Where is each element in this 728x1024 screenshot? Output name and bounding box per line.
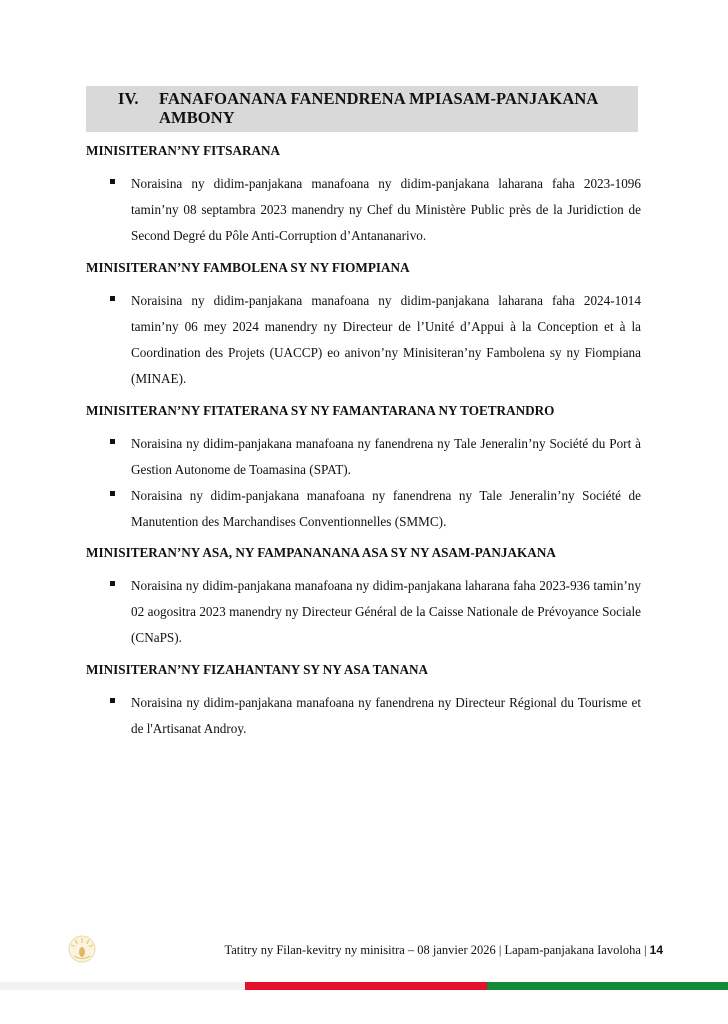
list-item-text: Noraisina ny didim-panjakana manafoana n… bbox=[131, 483, 641, 535]
flag-white-segment bbox=[0, 982, 245, 990]
footer-text: Tatitry ny Filan-kevitry ny minisitra – … bbox=[224, 943, 649, 957]
heading-line-2: AMBONY bbox=[86, 108, 638, 127]
list-item: Noraisina ny didim-panjakana manafoana n… bbox=[110, 171, 641, 249]
list-item: Noraisina ny didim-panjakana manafoana n… bbox=[110, 431, 641, 483]
flag-color-bar bbox=[0, 982, 728, 990]
square-bullet-icon bbox=[110, 439, 115, 444]
section-heading: IV. FANAFOANANA FANENDRENA MPIASAM-PANJA… bbox=[86, 86, 638, 132]
list-item-text: Noraisina ny didim-panjakana manafoana n… bbox=[131, 573, 641, 651]
footer-caption: Tatitry ny Filan-kevitry ny minisitra – … bbox=[224, 942, 663, 958]
heading-title-line-1: FANAFOANANA FANENDRENA MPIASAM-PANJAKANA bbox=[159, 89, 638, 108]
list-item: Noraisina ny didim-panjakana manafoana n… bbox=[110, 690, 641, 742]
ministry-title: MINISITERAN’NY FIZAHANTANY SY NY ASA TAN… bbox=[86, 662, 428, 678]
list-item-text: Noraisina ny didim-panjakana manafoana n… bbox=[131, 288, 641, 392]
list-item-text: Noraisina ny didim-panjakana manafoana n… bbox=[131, 690, 641, 742]
list-item: Noraisina ny didim-panjakana manafoana n… bbox=[110, 288, 641, 392]
list-item-text: Noraisina ny didim-panjakana manafoana n… bbox=[131, 431, 641, 483]
square-bullet-icon bbox=[110, 581, 115, 586]
heading-number: IV. bbox=[118, 89, 139, 108]
list-item-text: Noraisina ny didim-panjakana manafoana n… bbox=[131, 171, 641, 249]
ministry-title: MINISITERAN’NY FAMBOLENA SY NY FIOMPIANA bbox=[86, 260, 410, 276]
presidential-seal-icon bbox=[66, 934, 98, 964]
square-bullet-icon bbox=[110, 296, 115, 301]
square-bullet-icon bbox=[110, 179, 115, 184]
heading-title-line-2: AMBONY bbox=[159, 108, 638, 127]
ministry-title: MINISITERAN’NY ASA, NY FAMPANANANA ASA S… bbox=[86, 545, 556, 561]
square-bullet-icon bbox=[110, 698, 115, 703]
ministry-title: MINISITERAN’NY FITSARANA bbox=[86, 143, 280, 159]
list-item: Noraisina ny didim-panjakana manafoana n… bbox=[110, 573, 641, 651]
flag-green-segment bbox=[487, 982, 728, 990]
square-bullet-icon bbox=[110, 491, 115, 496]
ministry-title: MINISITERAN’NY FITATERANA SY NY FAMANTAR… bbox=[86, 403, 554, 419]
page-number: 14 bbox=[650, 943, 663, 957]
list-item: Noraisina ny didim-panjakana manafoana n… bbox=[110, 483, 641, 535]
heading-line-1: IV. FANAFOANANA FANENDRENA MPIASAM-PANJA… bbox=[86, 89, 638, 108]
flag-red-segment bbox=[245, 982, 487, 990]
